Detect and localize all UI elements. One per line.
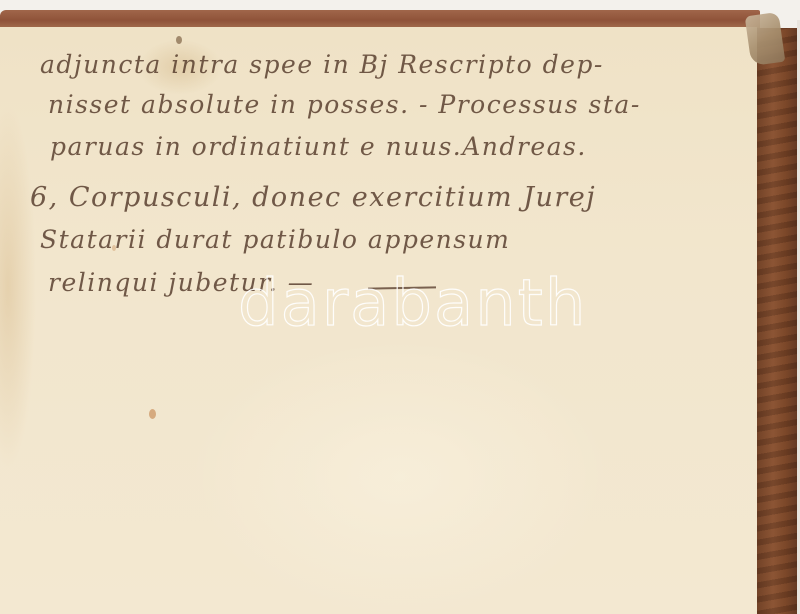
foxing-stain xyxy=(149,409,156,419)
manuscript-line-3: paruas in ordinatiunt e nuus.Andreas. xyxy=(50,132,587,161)
manuscript-line-5: Statarii durat patibulo appensum xyxy=(40,225,510,254)
manuscript-line-2: nisset absolute in posses. - Processus s… xyxy=(48,90,641,119)
manuscript-scan: adjuncta intra spee in Bj Rescripto dep-… xyxy=(0,0,800,614)
manuscript-line-1: adjuncta intra spee in Bj Rescripto dep- xyxy=(40,50,604,79)
foxing-stain xyxy=(176,36,182,44)
leather-binding-spine xyxy=(757,28,797,614)
watermark: darabanth xyxy=(238,272,587,336)
folded-corner-tab xyxy=(745,12,786,66)
manuscript-line-4: 6, Corpusculi, donec exercitium Jurej xyxy=(30,182,596,213)
